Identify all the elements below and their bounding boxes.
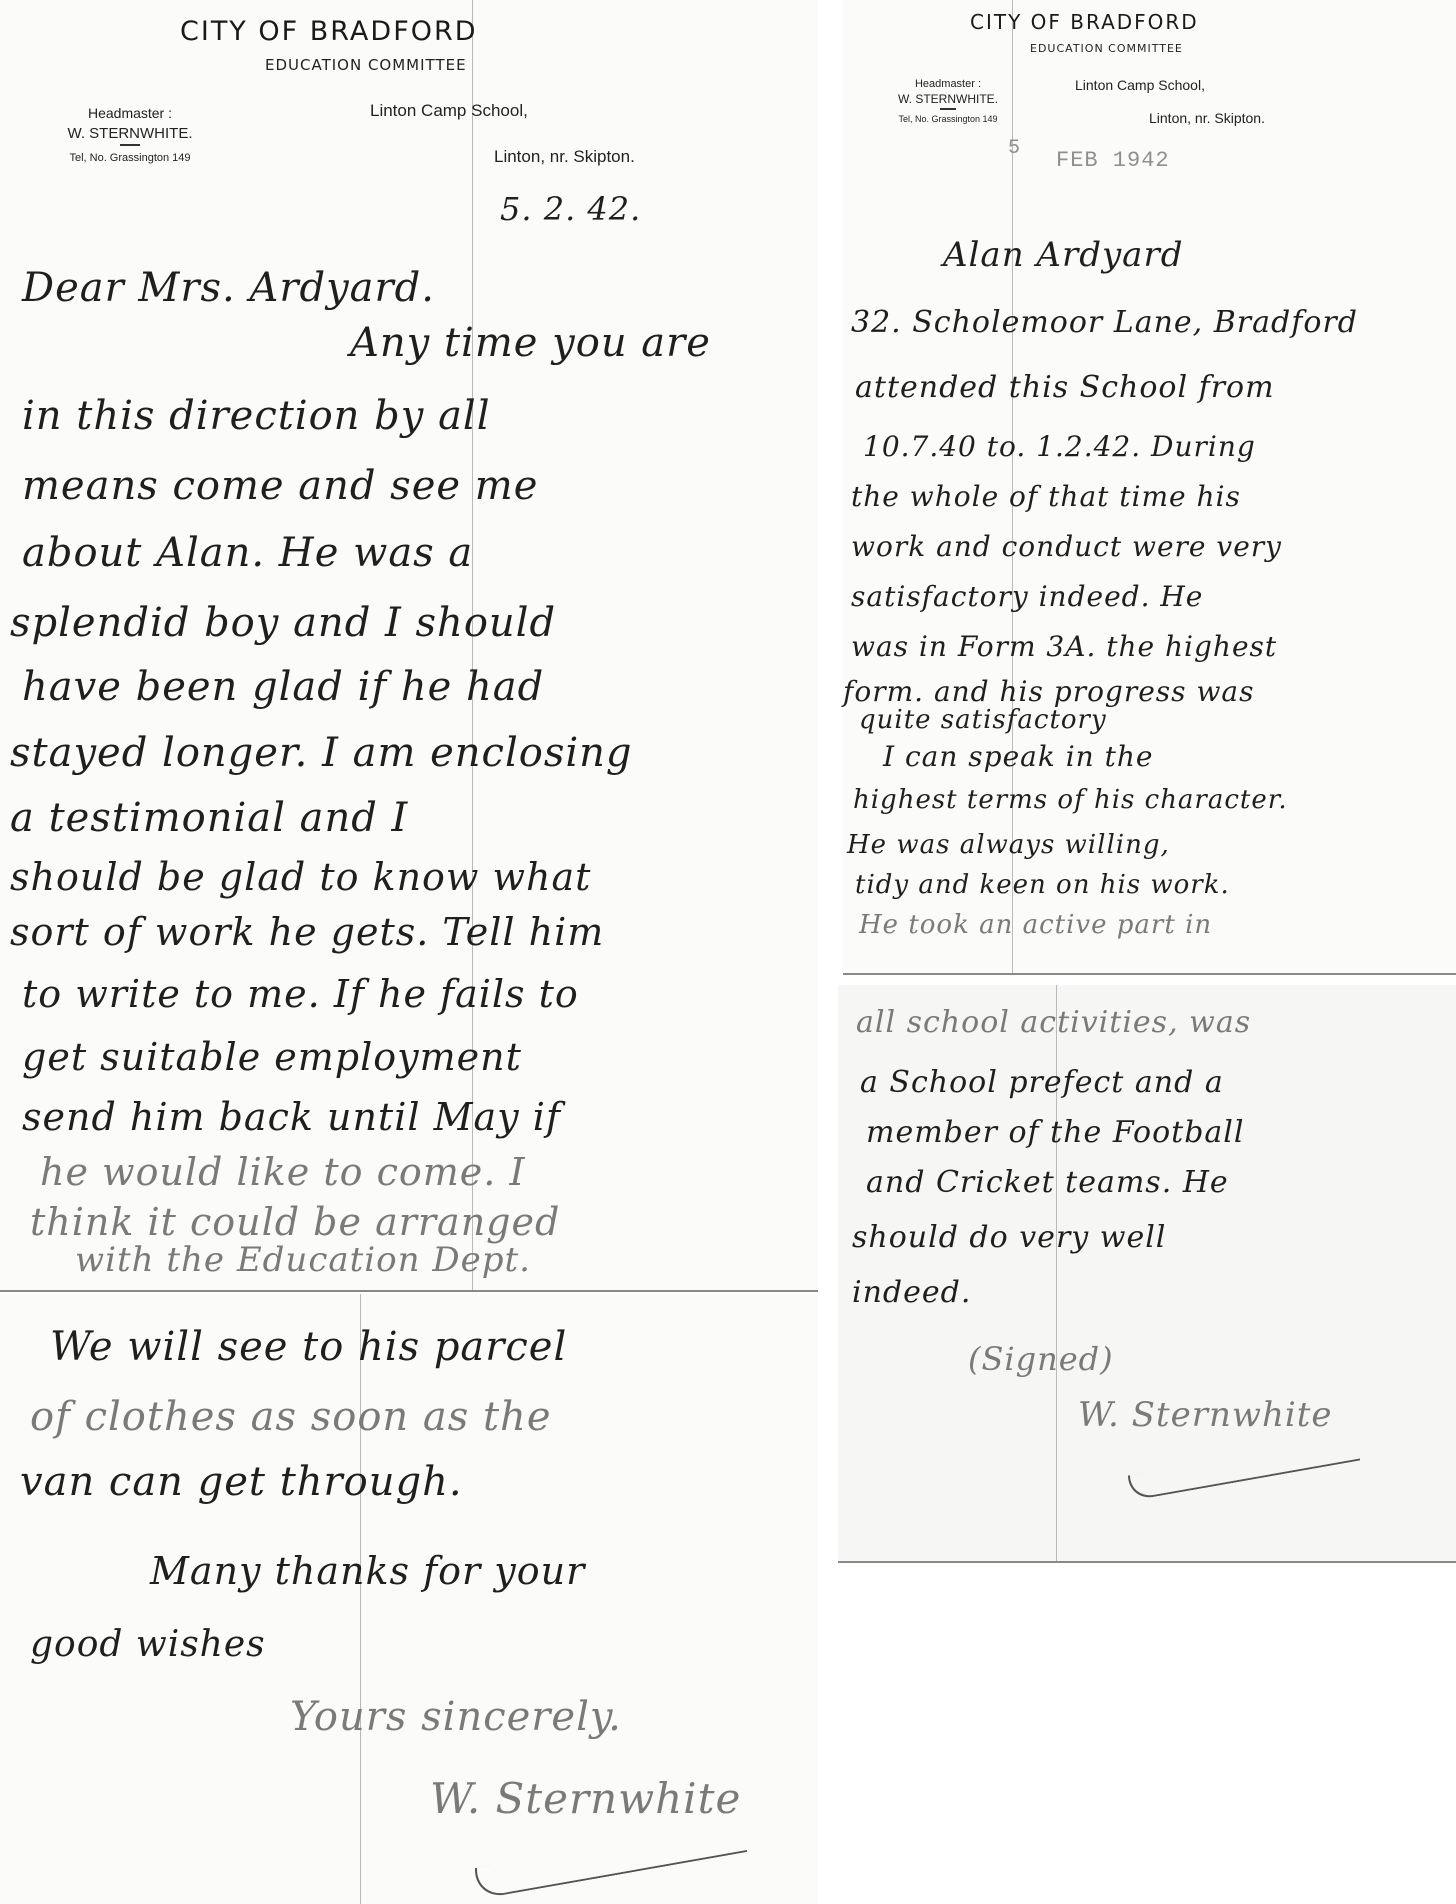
body-line: he would like to come. I (40, 1150, 525, 1194)
continuation-line: should do very well (852, 1220, 1166, 1255)
body-line: get suitable employment (22, 1035, 522, 1079)
school-name: Linton Camp School, (1075, 77, 1205, 93)
body-line: have been glad if he had (22, 664, 544, 710)
divider (940, 108, 956, 110)
signed-label: (Signed) (968, 1340, 1114, 1378)
headmaster-label: Headmaster : (883, 78, 1013, 90)
continuation-line: of clothes as soon as the (30, 1394, 551, 1440)
body-line: splendid boy and I should (10, 600, 556, 646)
continuation-line: a School prefect and a (860, 1065, 1224, 1100)
testimonial-line: form. and his progress was (843, 675, 1254, 708)
letterhead-committee: EDUCATION COMMITTEE (265, 56, 467, 74)
salutation: Dear Mrs. Ardyard. (22, 265, 435, 311)
body-line: send him back until May if (22, 1095, 561, 1139)
letterhead-city: CITY OF BRADFORD (180, 16, 478, 47)
fold-crease (360, 1294, 361, 1904)
signature: W. Sternwhite (1078, 1395, 1333, 1435)
testimonial-line: tidy and keen on his work. (855, 870, 1230, 900)
letter-sheet-top: CITY OF BRADFORD EDUCATION COMMITTEE Hea… (0, 0, 818, 1292)
continuation-line: indeed. (852, 1275, 971, 1310)
thanks-line: good wishes (30, 1624, 266, 1665)
letterhead-city: CITY OF BRADFORD (970, 10, 1199, 34)
headmaster-name: W. STERNWHITE. (50, 125, 210, 142)
headmaster-block: Headmaster : W. STERNWHITE. Tel, No. Gra… (883, 78, 1013, 124)
testimonial-line: was in Form 3A. the highest (851, 630, 1277, 663)
body-line: should be glad to know what (10, 855, 591, 899)
body-line: think it could be arranged (30, 1200, 560, 1244)
testimonial-line: 10.7.40 to. 1.2.42. During (863, 430, 1256, 463)
testimonial-line: I can speak in the (883, 740, 1153, 773)
testimonial-sheet-top: CITY OF BRADFORD EDUCATION COMMITTEE Hea… (843, 0, 1456, 975)
testimonial-line: 32. Scholemoor Lane, Bradford (851, 305, 1358, 340)
telephone: Tel, No. Grassington 149 (883, 114, 1013, 124)
letter-sheet-continuation: We will see to his parcel of clothes as … (0, 1294, 818, 1904)
continuation-line: van can get through. (20, 1459, 463, 1505)
testimonial-line: attended this School from (855, 370, 1275, 405)
testimonial-line: the whole of that time his (851, 480, 1241, 513)
testimonial-line: quite satisfactory (859, 705, 1107, 735)
letter-date: 5. 2. 42. (500, 190, 641, 228)
testimonial-sheet-continuation: all school activities, was a School pref… (838, 985, 1456, 1563)
school-name: Linton Camp School, (370, 101, 528, 121)
continuation-line: member of the Football (866, 1115, 1244, 1150)
continuation-line: and Cricket teams. He (866, 1165, 1229, 1200)
divider (120, 144, 140, 146)
testimonial-line: satisfactory indeed. He (851, 580, 1203, 613)
body-line: with the Education Dept. (75, 1240, 531, 1280)
school-address: Linton, nr. Skipton. (494, 147, 635, 167)
body-line: stayed longer. I am enclosing (10, 730, 633, 776)
date-stamp: FEB 1942 (1056, 148, 1170, 173)
telephone: Tel, No. Grassington 149 (50, 152, 210, 164)
headmaster-name: W. STERNWHITE. (883, 92, 1013, 106)
testimonial-line: He was always willing, (847, 830, 1170, 860)
thanks-line: Many thanks for your (150, 1549, 585, 1593)
signature-flourish (1128, 1435, 1360, 1502)
subject-name: Alan Ardyard (943, 235, 1183, 275)
signature-flourish (475, 1820, 747, 1900)
headmaster-label: Headmaster : (50, 105, 210, 121)
date-stamp-day: 5 (1008, 137, 1021, 160)
testimonial-line: He took an active part in (859, 910, 1212, 940)
body-line: in this direction by all (22, 393, 491, 439)
headmaster-block: Headmaster : W. STERNWHITE. Tel, No. Gra… (50, 105, 210, 164)
body-line: a testimonial and I (10, 795, 408, 841)
signature: W. Sternwhite (430, 1774, 741, 1823)
body-line: means come and see me (22, 463, 538, 509)
body-line: about Alan. He was a (22, 530, 473, 576)
body-line: sort of work he gets. Tell him (10, 910, 604, 954)
continuation-line: We will see to his parcel (50, 1324, 567, 1370)
testimonial-line: highest terms of his character. (853, 785, 1288, 815)
letterhead-committee: EDUCATION COMMITTEE (1030, 42, 1183, 55)
closing: Yours sincerely. (290, 1694, 622, 1740)
continuation-line: all school activities, was (856, 1005, 1251, 1040)
body-line: to write to me. If he fails to (22, 972, 579, 1016)
testimonial-line: work and conduct were very (851, 530, 1282, 563)
school-address: Linton, nr. Skipton. (1149, 110, 1265, 126)
body-line: Any time you are (350, 320, 711, 366)
